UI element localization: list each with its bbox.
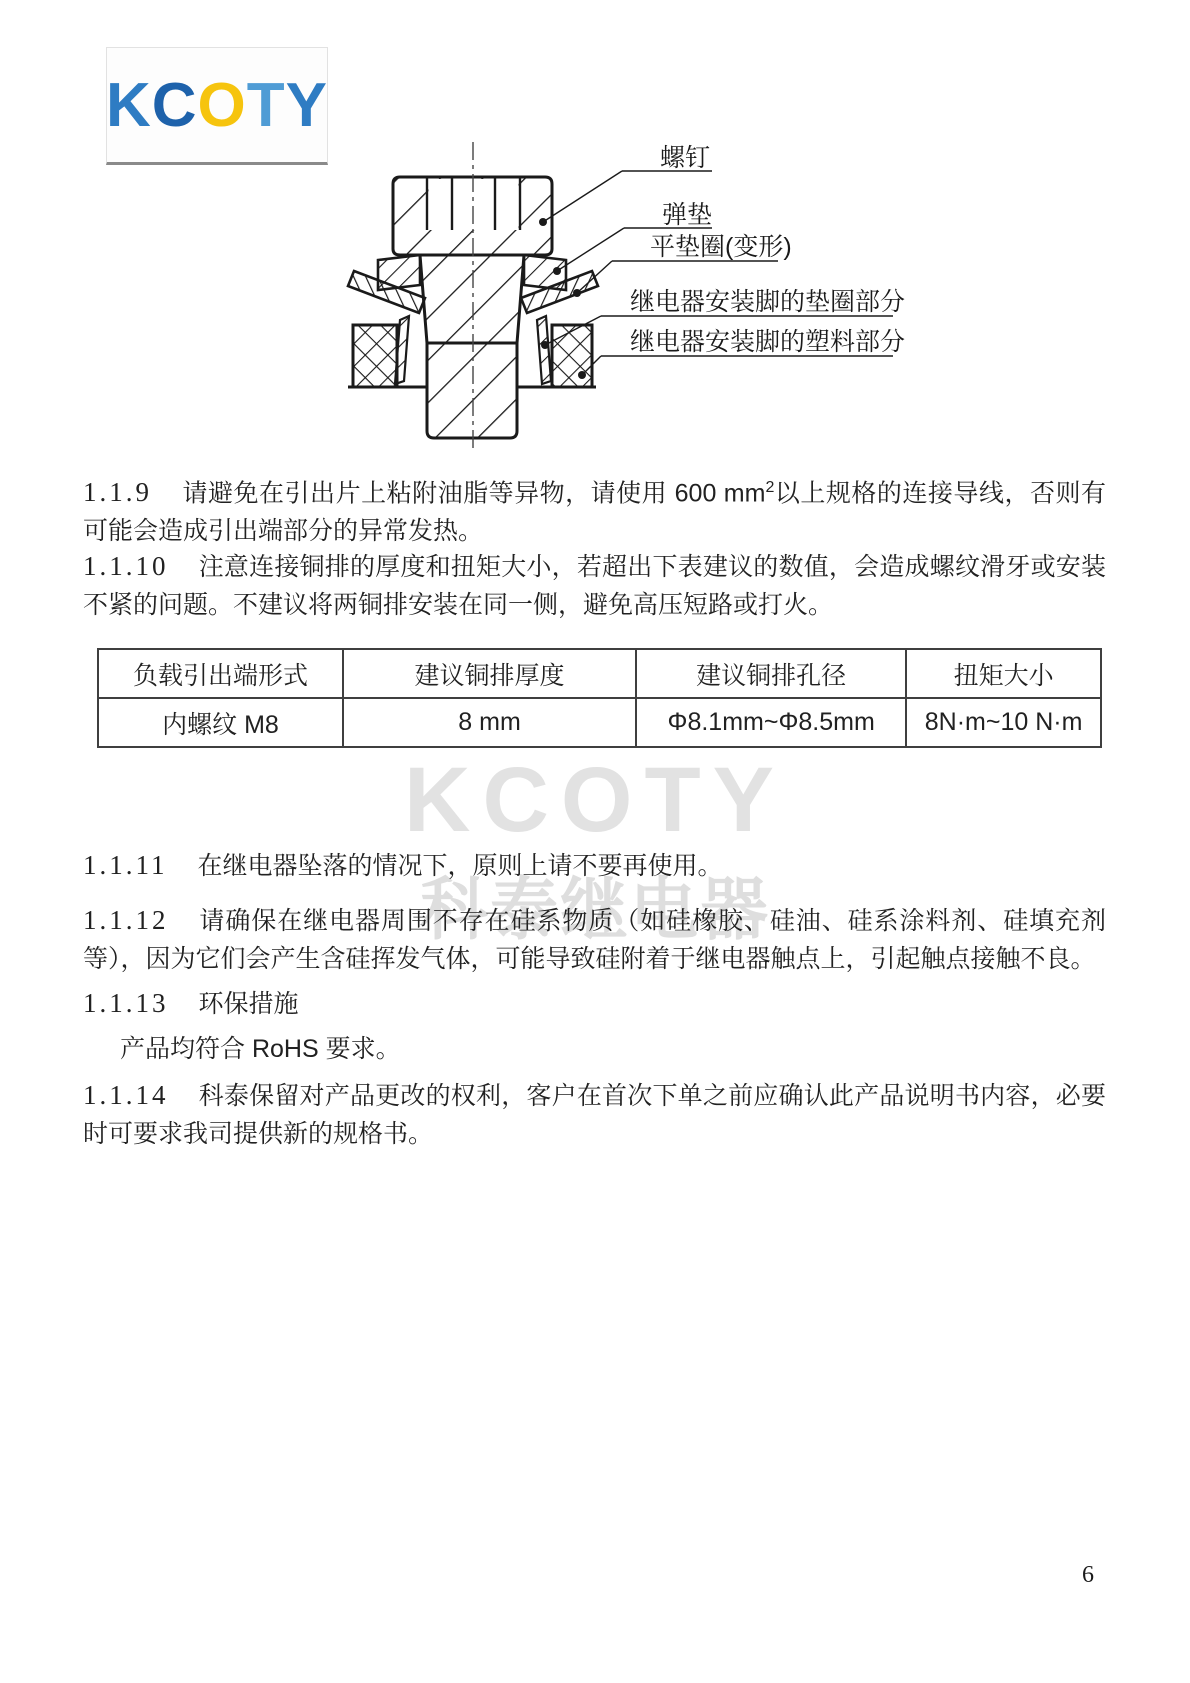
section-number: 1.1.12 bbox=[83, 905, 169, 935]
section-text: 产品均符合 RoHS 要求。 bbox=[120, 1035, 401, 1063]
section-number: 1.1.9 bbox=[83, 477, 152, 507]
kcoty-logo: K C O T Y bbox=[106, 47, 328, 165]
plastic-block-left bbox=[353, 325, 397, 387]
section-1-1-10: 1.1.10注意连接铜排的厚度和扭矩大小，若超出下表建议的数值，会造成螺纹滑牙或… bbox=[83, 547, 1106, 624]
section-text: 在继电器坠落的情况下，原则上请不要再使用。 bbox=[198, 852, 723, 880]
foot-washer-strip-right bbox=[537, 316, 551, 384]
cell-busbar-hole: Φ8.1mm~Φ8.5mm bbox=[636, 698, 906, 747]
section-1-1-14: 1.1.14科泰保留对产品更改的权利，客户在首次下单之前应确认此产品说明书内容，… bbox=[83, 1076, 1106, 1153]
label-flat-washer: 平垫圈(变形) bbox=[650, 233, 792, 261]
label-spring-washer: 弹垫 bbox=[662, 201, 712, 229]
section-text: 注意连接铜排的厚度和扭矩大小，若超出下表建议的数值，会造成螺纹滑牙或安装不紧的问… bbox=[83, 553, 1106, 619]
section-text: 请确保在继电器周围不存在硅系物质（如硅橡胶、硅油、硅系涂料剂、硅填充剂等），因为… bbox=[83, 907, 1106, 973]
page-number: 6 bbox=[1082, 1562, 1094, 1589]
table-header-row: 负载引出端形式 建议铜排厚度 建议铜排孔径 扭矩大小 bbox=[98, 649, 1101, 698]
screw-assembly-diagram: 螺钉 弹垫 平垫圈(变形) 继电器安装脚的垫圈部分 继电器安装脚的塑料部分 bbox=[320, 128, 1060, 460]
section-text: 环保措施 bbox=[199, 990, 299, 1018]
plastic-block-right bbox=[552, 325, 592, 387]
logo-letter-k: K bbox=[106, 70, 152, 141]
screw-shank bbox=[420, 255, 524, 438]
table-row: 内螺纹 M8 8 mm Φ8.1mm~Φ8.5mm 8N·m~10 N·m bbox=[98, 698, 1101, 747]
section-1-1-11: 1.1.11在继电器坠落的情况下，原则上请不要再使用。 bbox=[83, 846, 1106, 885]
section-text: 请避免在引出片上粘附油脂等异物，请使用 600 mm bbox=[182, 479, 765, 507]
logo-letter-t: T bbox=[247, 70, 286, 141]
cell-busbar-thickness: 8 mm bbox=[343, 698, 636, 747]
section-number: 1.1.14 bbox=[83, 1080, 169, 1110]
section-1-1-9: 1.1.9请避免在引出片上粘附油脂等异物，请使用 600 mm2以上规格的连接导… bbox=[83, 469, 1106, 550]
section-number: 1.1.11 bbox=[83, 850, 168, 880]
section-number: 1.1.13 bbox=[83, 988, 169, 1018]
col-torque: 扭矩大小 bbox=[906, 649, 1101, 698]
logo-letter-o: O bbox=[198, 70, 247, 141]
watermark-en: KCOTY bbox=[0, 748, 1190, 853]
section-1-1-13: 1.1.13环保措施 bbox=[83, 984, 1106, 1023]
busbar-spec-table: 负载引出端形式 建议铜排厚度 建议铜排孔径 扭矩大小 内螺纹 M8 8 mm Φ… bbox=[97, 648, 1102, 748]
label-foot-plastic: 继电器安装脚的塑料部分 bbox=[630, 328, 905, 356]
section-number: 1.1.10 bbox=[83, 551, 169, 581]
col-busbar-hole: 建议铜排孔径 bbox=[636, 649, 906, 698]
rohs-statement: 产品均符合 RoHS 要求。 bbox=[83, 1030, 1106, 1068]
label-screw: 螺钉 bbox=[660, 144, 710, 172]
label-foot-washer: 继电器安装脚的垫圈部分 bbox=[630, 288, 905, 316]
col-terminal-type: 负载引出端形式 bbox=[98, 649, 343, 698]
cell-terminal-type: 内螺纹 M8 bbox=[98, 698, 343, 747]
section-1-1-12: 1.1.12请确保在继电器周围不存在硅系物质（如硅橡胶、硅油、硅系涂料剂、硅填充… bbox=[83, 901, 1106, 978]
section-text: 科泰保留对产品更改的权利，客户在首次下单之前应确认此产品说明书内容，必要时可要求… bbox=[83, 1082, 1106, 1148]
col-busbar-thickness: 建议铜排厚度 bbox=[343, 649, 636, 698]
cell-torque: 8N·m~10 N·m bbox=[906, 698, 1101, 747]
logo-letter-c: C bbox=[152, 70, 198, 141]
document-page: KCOTY 科泰继电器 K C O T Y bbox=[0, 0, 1190, 1683]
